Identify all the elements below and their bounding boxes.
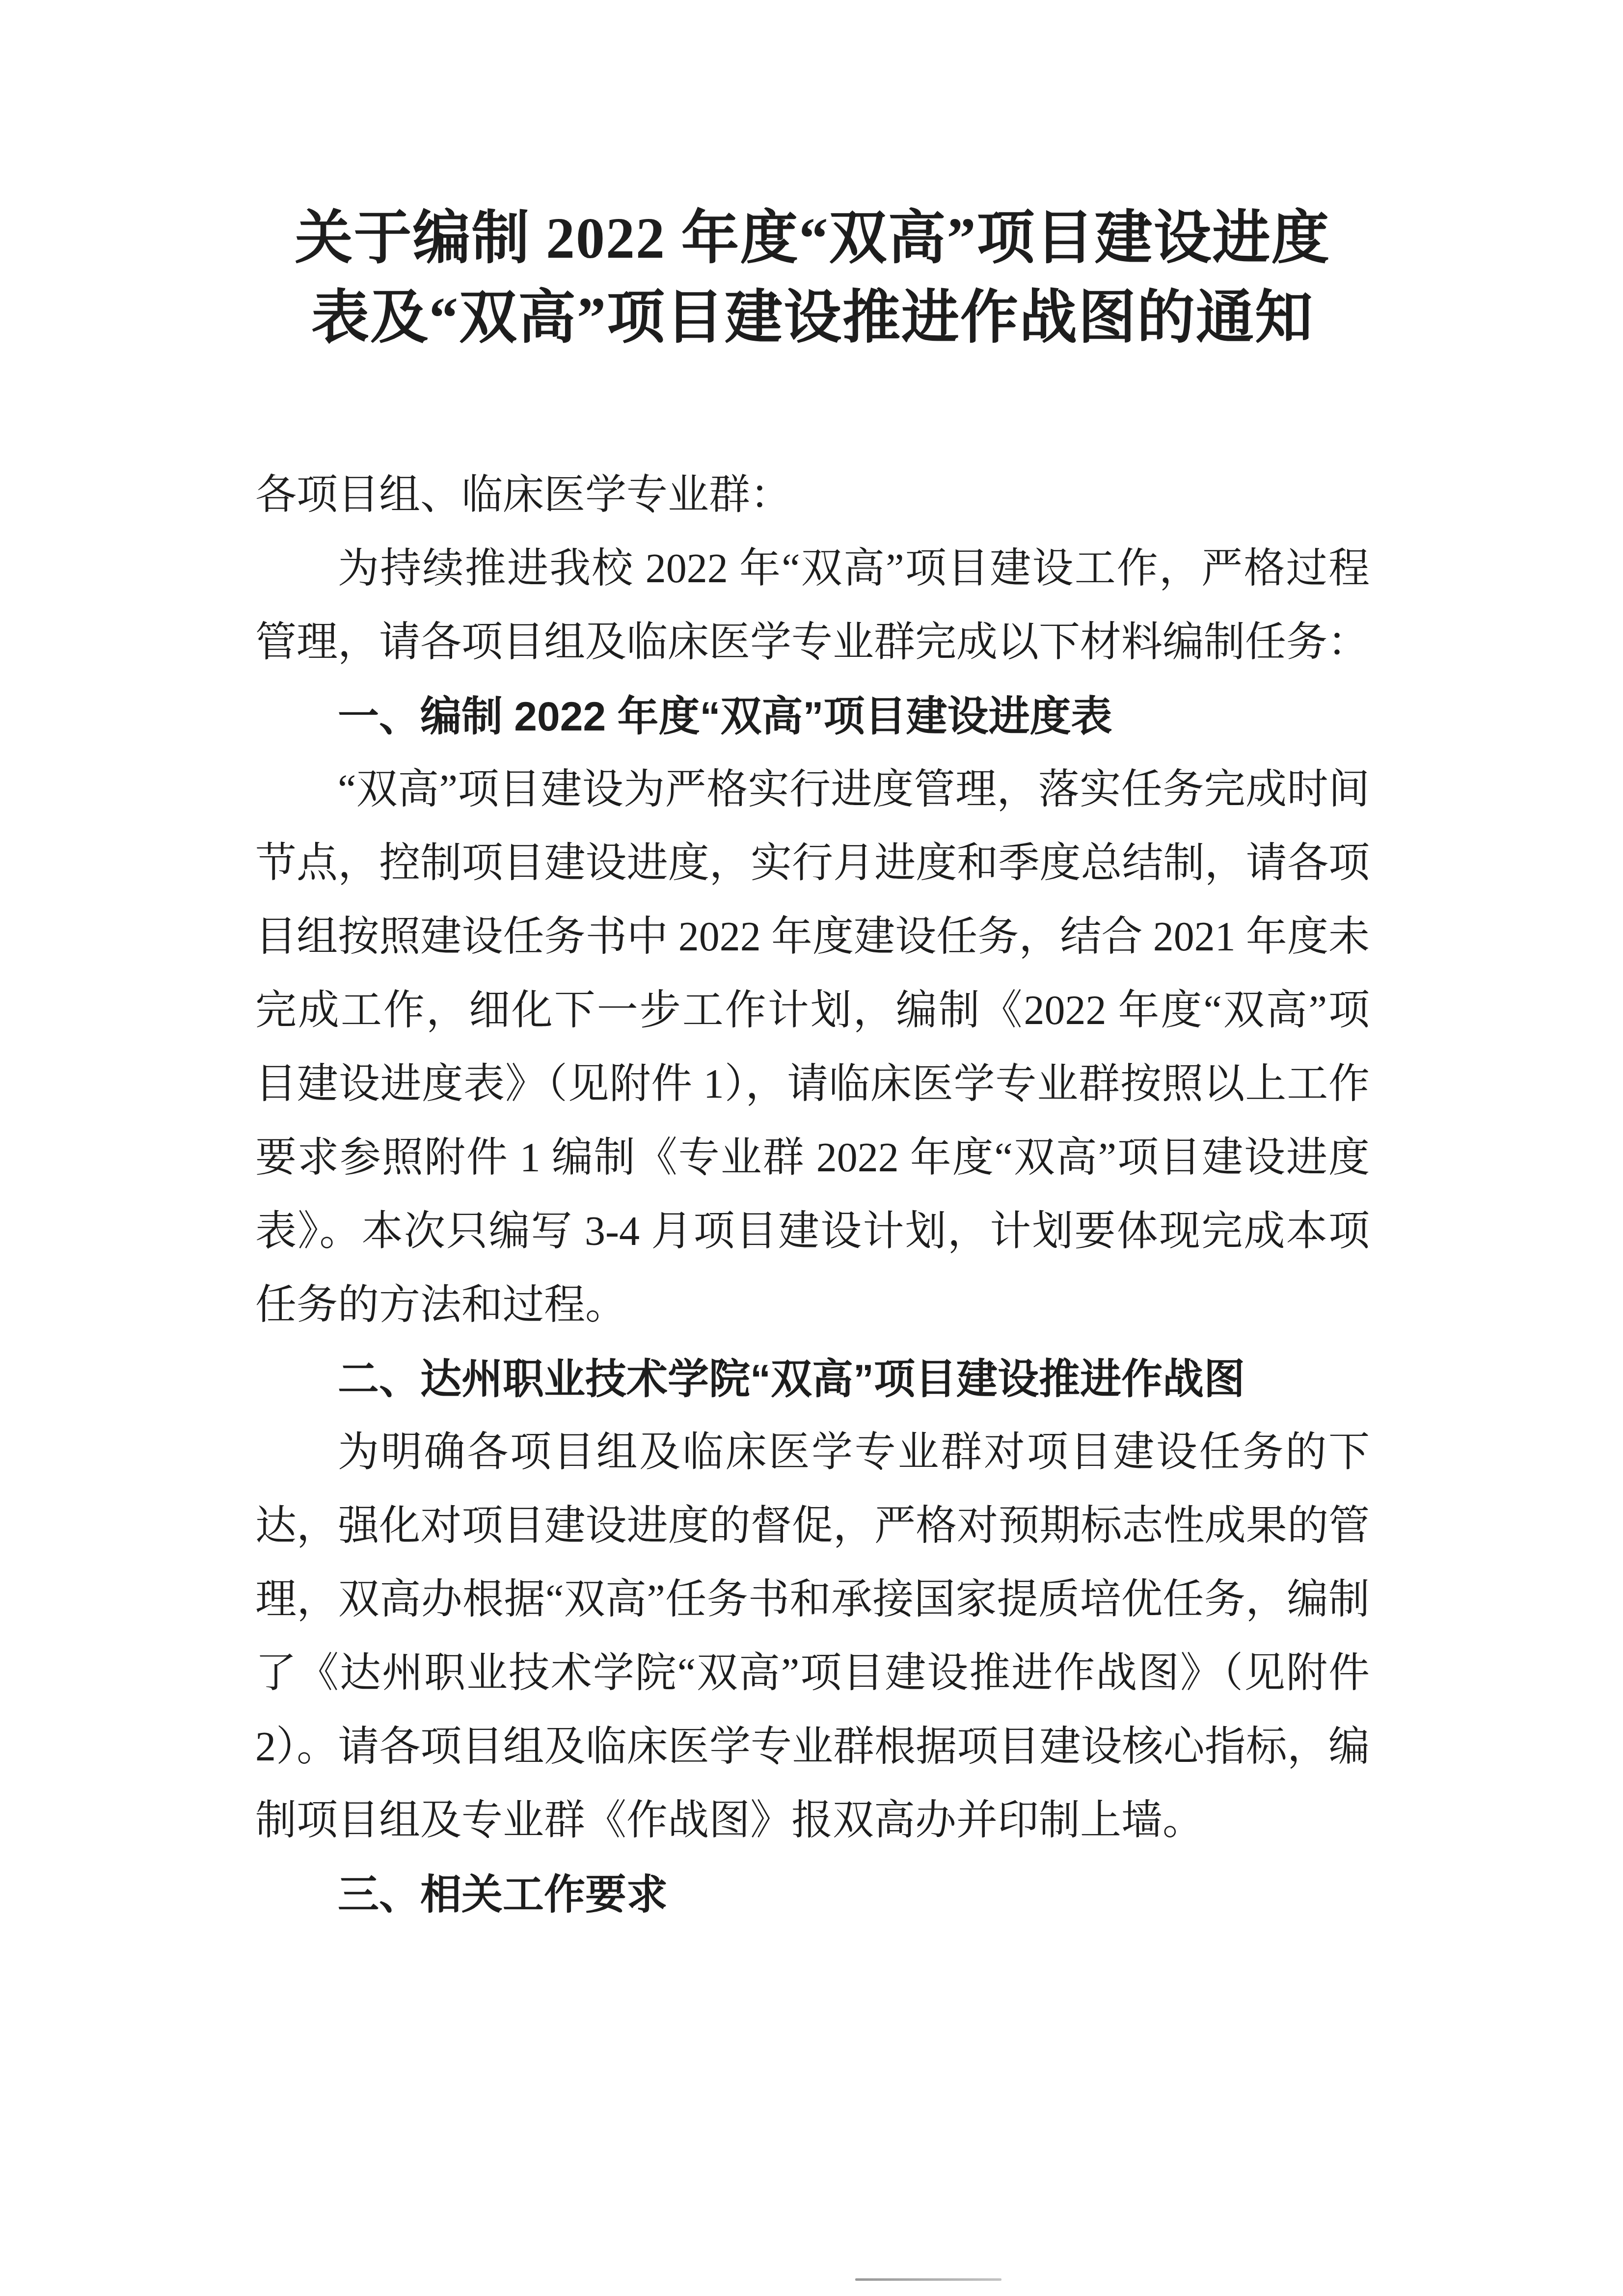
document-title: 关于编制 2022 年度“双高”项目建设进度 表及“双高”项目建设推进作战图的通… (255, 199, 1370, 358)
paragraph-section-2: 为明确各项目组及临床医学专业群对项目建设任务的下达，强化对项目建设进度的督促，严… (255, 1416, 1370, 1858)
document-title-line-2: 表及“双高”项目建设推进作战图的通知 (255, 278, 1370, 358)
scan-artifact-line (855, 2278, 1001, 2281)
section-heading-3: 三、相关工作要求 (255, 1858, 1370, 1931)
paragraph-section-1: “双高”项目建设为严格实行进度管理，落实任务完成时间节点，控制项目建设进度，实行… (255, 753, 1370, 1342)
section-heading-1: 一、编制 2022 年度“双高”项目建设进度表 (255, 679, 1370, 753)
salutation: 各项目组、临床医学专业群： (255, 459, 1370, 532)
paragraph-intro: 为持续推进我校 2022 年“双高”项目建设工作，严格过程管理，请各项目组及临床… (255, 532, 1370, 679)
document-title-line-1: 关于编制 2022 年度“双高”项目建设进度 (255, 199, 1370, 278)
section-heading-2: 二、达州职业技术学院“双高”项目建设推进作战图 (255, 1342, 1370, 1416)
document-page: 关于编制 2022 年度“双高”项目建设进度 表及“双高”项目建设推进作战图的通… (0, 0, 1623, 2296)
